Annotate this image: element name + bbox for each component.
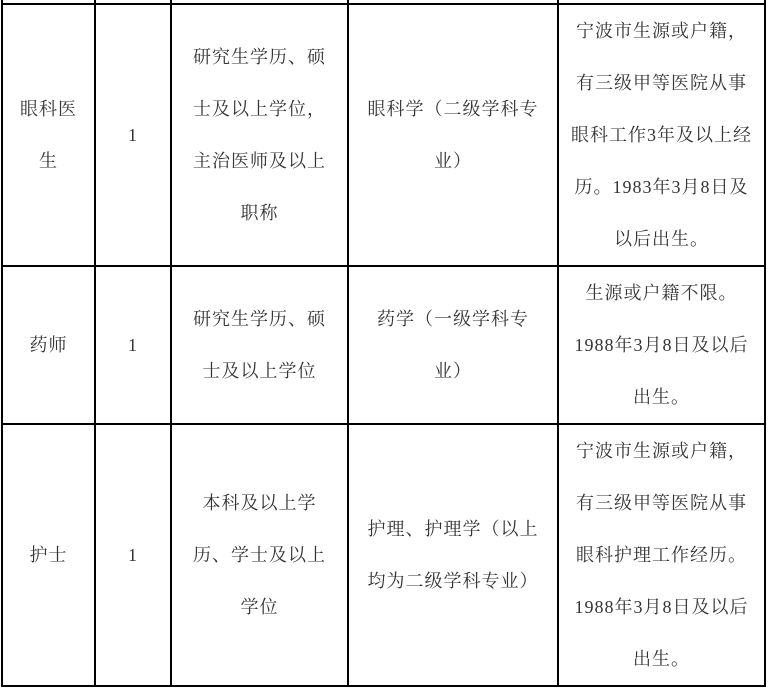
cell-count: 1 xyxy=(95,424,171,686)
document-page: 眼科医 生 1 研究生学历、硕 士及以上学位， 主治医师及以上 职称 眼科学（二… xyxy=(0,0,769,688)
cell-requirements: 宁波市生源或户籍， 有三级甲等医院从事 眼科工作3年及以上经 历。1983年3月… xyxy=(558,4,765,266)
recruitment-table: 眼科医 生 1 研究生学历、硕 士及以上学位， 主治医师及以上 职称 眼科学（二… xyxy=(1,0,766,687)
cell-major: 眼科学（二级学科专 业） xyxy=(348,4,558,266)
cell-position: 药师 xyxy=(2,266,95,424)
cell-major: 护理、护理学（以上 均为二级学科专业） xyxy=(348,424,558,686)
cell-education: 研究生学历、硕 士及以上学位， 主治医师及以上 职称 xyxy=(171,4,348,266)
table-row-ophthalmologist: 眼科医 生 1 研究生学历、硕 士及以上学位， 主治医师及以上 职称 眼科学（二… xyxy=(2,4,765,266)
cell-requirements: 宁波市生源或户籍， 有三级甲等医院从事 眼科护理工作经历。 1988年3月8日及… xyxy=(558,424,765,686)
table-row-pharmacist: 药师 1 研究生学历、硕 士及以上学位 药学（一级学科专 业） 生源或户籍不限。… xyxy=(2,266,765,424)
cell-major: 药学（一级学科专 业） xyxy=(348,266,558,424)
cell-education: 研究生学历、硕 士及以上学位 xyxy=(171,266,348,424)
cell-count: 1 xyxy=(95,266,171,424)
cell-requirements: 生源或户籍不限。 1988年3月8日及以后 出生。 xyxy=(558,266,765,424)
table-row-nurse: 护士 1 本科及以上学 历、学士及以上 学位 护理、护理学（以上 均为二级学科专… xyxy=(2,424,765,686)
cell-position: 护士 xyxy=(2,424,95,686)
cell-position: 眼科医 生 xyxy=(2,4,95,266)
cell-education: 本科及以上学 历、学士及以上 学位 xyxy=(171,424,348,686)
cell-count: 1 xyxy=(95,4,171,266)
